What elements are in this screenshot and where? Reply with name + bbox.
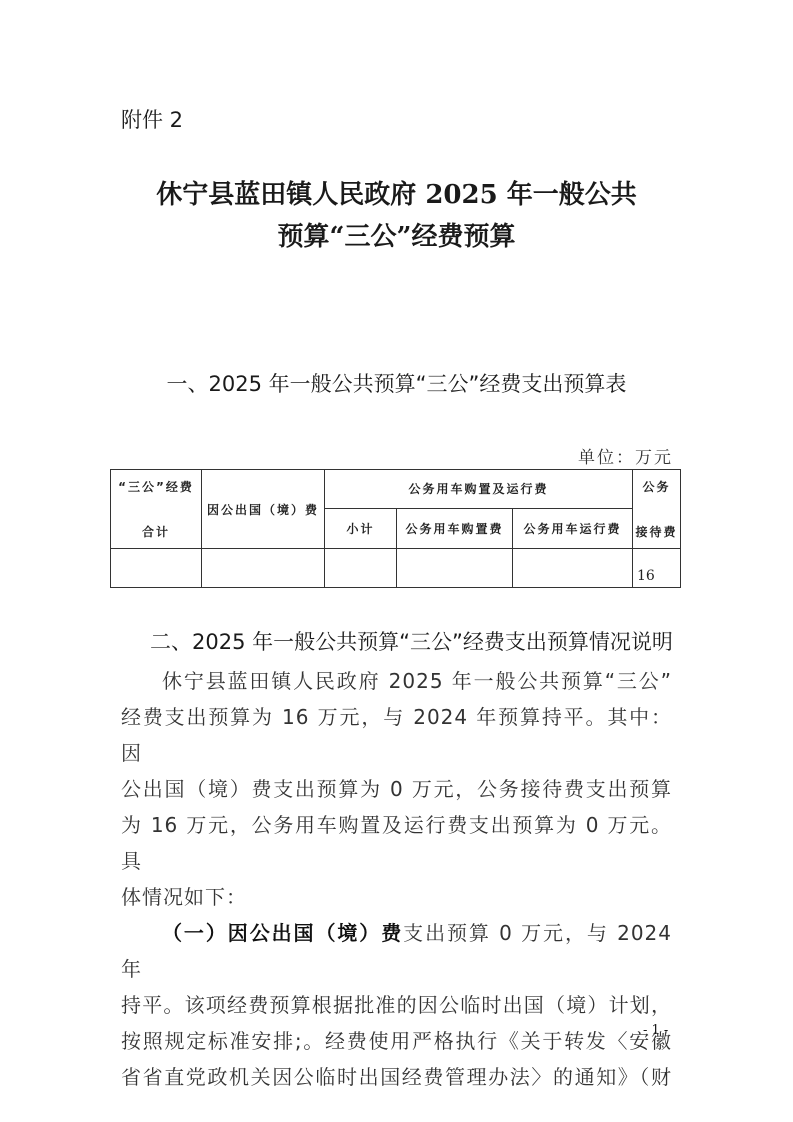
cell-vehicle-operation <box>513 549 633 588</box>
document-title-line2: 预算“三公”经费预算 <box>0 216 793 253</box>
item1-heading: （一）因公出国（境）费 <box>162 921 403 945</box>
item1-line-first: （一）因公出国（境）费支出预算 0 万元，与 2024 年 <box>121 915 672 987</box>
table-header-row-1: “三公”经费 合计 因公出国（境）费 公务用车购置及运行费 公务 接待费 <box>111 470 681 509</box>
section1-heading: 一、2025 年一般公共预算“三公”经费支出预算表 <box>0 368 793 398</box>
paragraph1-line: 经费支出预算为 16 万元，与 2024 年预算持平。其中：因 <box>121 699 672 771</box>
header-vehicle-group: 公务用车购置及运行费 <box>325 470 633 509</box>
section2-body: 休宁县蓝田镇人民政府 2025 年一般公共预算“三公” 经费支出预算为 16 万… <box>121 663 672 1095</box>
header-reception-line2: 接待费 <box>633 523 680 540</box>
header-reception-line1: 公务 <box>633 478 680 495</box>
page-number: - 1 - <box>643 1023 668 1038</box>
cell-overseas <box>202 549 325 588</box>
header-vehicle-purchase: 公务用车购置费 <box>397 508 513 548</box>
item1-line: 持平。该项经费预算根据批准的因公临时出国（境）计划， <box>121 987 672 1023</box>
unit-label: 单位：万元 <box>578 443 673 468</box>
header-total-line1: “三公”经费 <box>111 478 201 495</box>
document-title-line1: 休宁县蓝田镇人民政府 2025 年一般公共 <box>0 174 793 211</box>
header-overseas: 因公出国（境）费 <box>202 470 325 549</box>
cell-total <box>111 549 202 588</box>
table-row: 16 <box>111 549 681 588</box>
paragraph1-line: 为 16 万元，公务用车购置及运行费支出预算为 0 万元。具 <box>121 807 672 879</box>
header-reception: 公务 接待费 <box>633 470 681 549</box>
header-total: “三公”经费 合计 <box>111 470 202 549</box>
header-vehicle-operation: 公务用车运行费 <box>513 508 633 548</box>
section2-heading: 二、2025 年一般公共预算“三公”经费支出预算情况说明 <box>150 626 673 656</box>
cell-vehicle-purchase <box>397 549 513 588</box>
paragraph1-line: 休宁县蓝田镇人民政府 2025 年一般公共预算“三公” <box>121 663 672 699</box>
header-vehicle-subtotal: 小计 <box>325 508 397 548</box>
cell-reception: 16 <box>633 549 681 588</box>
item1-line: 按照规定标准安排;。经费使用严格执行《关于转发〈安徽 <box>121 1023 672 1059</box>
header-total-line2: 合计 <box>111 523 201 540</box>
budget-table: “三公”经费 合计 因公出国（境）费 公务用车购置及运行费 公务 接待费 小计 … <box>110 469 681 588</box>
paragraph1-line: 体情况如下： <box>121 879 672 915</box>
paragraph1-line: 公出国（境）费支出预算为 0 万元，公务接待费支出预算 <box>121 771 672 807</box>
attachment-label: 附件 2 <box>121 104 183 134</box>
cell-vehicle-subtotal <box>325 549 397 588</box>
item1-line: 省省直党政机关因公临时出国经费管理办法〉的通知》（财 <box>121 1059 672 1095</box>
